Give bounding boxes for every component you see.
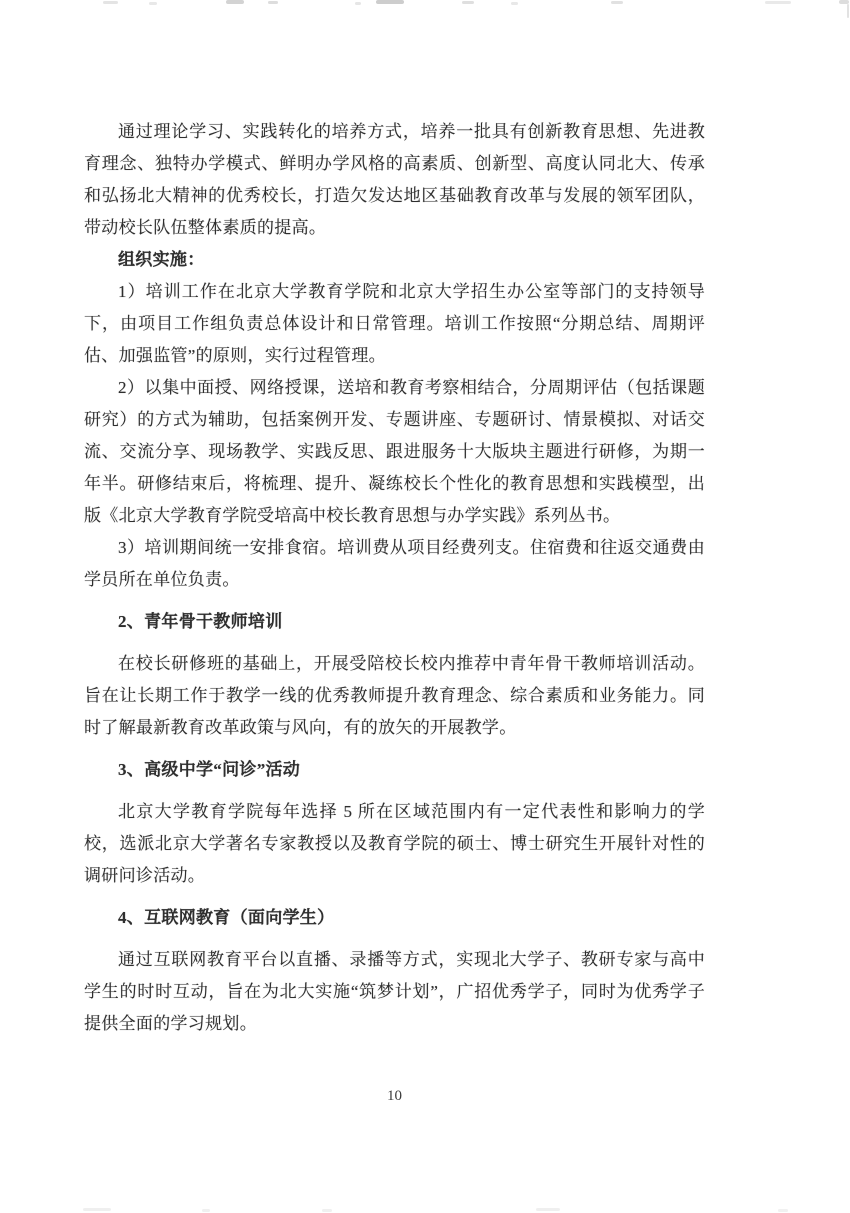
scan-artifact bbox=[611, 1, 623, 4]
scan-artifact bbox=[839, 0, 849, 4]
document-paragraph: 通过理论学习、实践转化的培养方式，培养一批具有创新教育思想、先进教育理念、独特办… bbox=[84, 116, 705, 244]
scan-artifact bbox=[511, 2, 518, 5]
scan-artifact bbox=[268, 1, 278, 4]
scan-artifact bbox=[847, 4, 849, 18]
document-paragraph: 1）培训工作在北京大学教育学院和北京大学招生办公室等部门的支持领导下，由项目工作… bbox=[84, 276, 705, 372]
scan-artifact bbox=[778, 1209, 788, 1212]
document-heading: 组织实施： bbox=[84, 244, 705, 276]
scan-artifact bbox=[765, 1, 791, 4]
document-body: 通过理论学习、实践转化的培养方式，培养一批具有创新教育思想、先进教育理念、独特办… bbox=[84, 116, 705, 1040]
scan-artifact bbox=[226, 0, 244, 4]
scan-artifact bbox=[83, 1208, 111, 1211]
document-paragraph: 3）培训期间统一安排食宿。培训费从项目经费列支。住宿费和往返交通费由学员所在单位… bbox=[84, 532, 705, 596]
document-paragraph: 通过互联网教育平台以直播、录播等方式，实现北大学子、教研专家与高中学生的时时互动… bbox=[84, 944, 705, 1040]
scan-artifact bbox=[536, 1208, 560, 1211]
document-paragraph: 2）以集中面授、网络授课，送培和教育考察相结合，分周期评估（包括课题研究）的方式… bbox=[84, 372, 705, 532]
document-heading: 4、互联网教育（面向学生） bbox=[84, 902, 705, 934]
scan-artifact bbox=[355, 2, 361, 5]
scan-artifact bbox=[462, 1, 474, 4]
scan-artifact bbox=[103, 1, 118, 4]
scan-artifact bbox=[202, 1209, 210, 1212]
scan-artifact bbox=[149, 2, 157, 5]
scan-artifact bbox=[322, 1209, 332, 1212]
scan-artifact bbox=[376, 0, 404, 4]
document-heading: 2、青年骨干教师培训 bbox=[84, 606, 705, 638]
page-number: 10 bbox=[84, 1088, 705, 1105]
document-heading: 3、高级中学“问诊”活动 bbox=[84, 754, 705, 786]
document-page: 通过理论学习、实践转化的培养方式，培养一批具有创新教育思想、先进教育理念、独特办… bbox=[0, 0, 850, 1213]
document-paragraph: 北京大学教育学院每年选择 5 所在区域范围内有一定代表性和影响力的学校，选派北京… bbox=[84, 796, 705, 892]
document-paragraph: 在校长研修班的基础上，开展受陪校长校内推荐中青年骨干教师培训活动。旨在让长期工作… bbox=[84, 648, 705, 744]
